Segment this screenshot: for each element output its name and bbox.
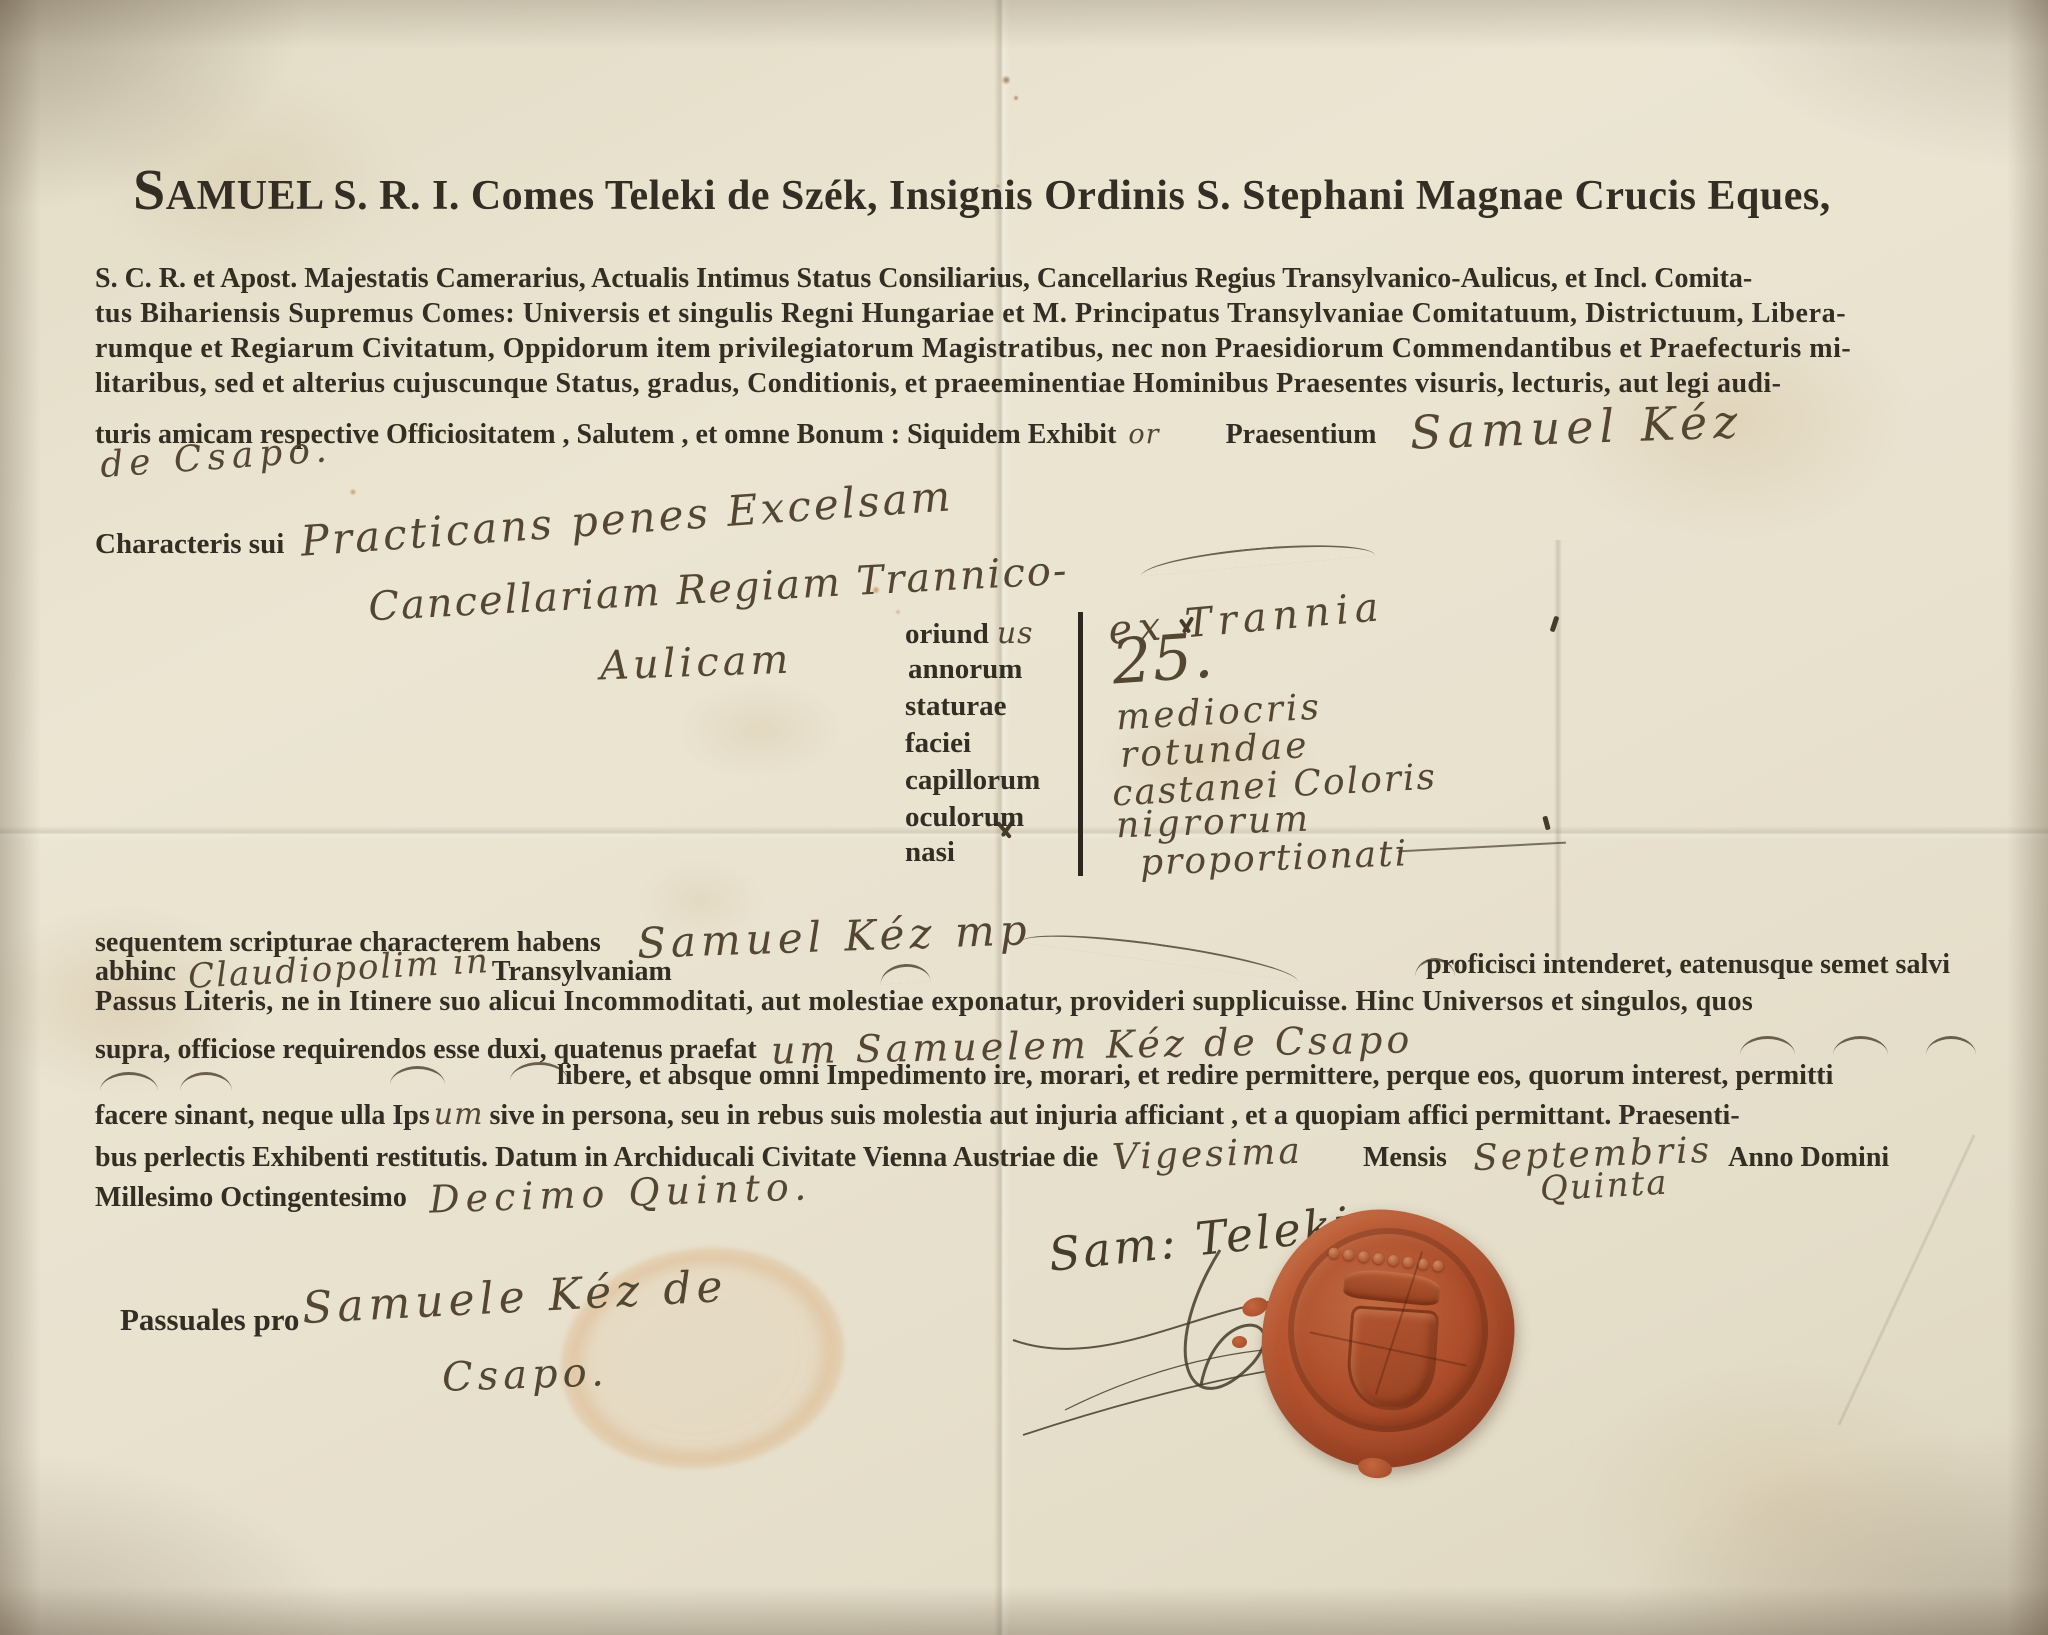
pen-flourish [1740,1036,1795,1055]
exhibitor-line: turis amicam respective Officiositatem ,… [95,400,1744,454]
desc-label-capillorum: capillorum [905,764,1040,797]
body-line-5: libere, et absque omni Impedimento ire, … [557,1060,1833,1092]
body-line-6-print-2: sive in persona, seu in rebus suis moles… [490,1100,1740,1132]
body-line-3: Passus Literis, ne in Itinere suo alicui… [95,986,1753,1018]
seal-impression [1288,1228,1488,1432]
footer-hw-origin: Csapo. [441,1349,609,1401]
title-rest: S. R. I. Comes Teleki de Szék, Insignis … [322,173,1830,219]
body-line-7-print-1: bus perlectis Exhibenti restitutis. Datu… [95,1142,1098,1174]
character-hw-line-1: Practicans penes Excelsam [299,471,955,565]
seal-crown-band [1343,1267,1442,1307]
body-line-2-right: proficisci intenderet, eatenusque semet … [1426,949,1950,981]
desc-label-annorum: annorum [908,653,1022,686]
seal-crown-pearls [1328,1247,1444,1272]
body-line-7-print-2: Mensis [1363,1142,1447,1174]
desc-value-nose: proportionati [1139,833,1408,883]
body-line-1-hw-name: Samuel Kéz mp [636,905,1032,968]
pen-flourish [1020,925,1300,982]
exhibitor-hw-name: Samuel Kéz [1410,394,1745,460]
body-line-7-hw-day: Vigesima [1111,1131,1303,1179]
footer-label: Passuales pro [120,1302,299,1338]
pen-flourish [390,1066,445,1085]
body-line-2-print-1: abhinc [95,956,176,988]
body-line-7-print-3: Anno Domini [1728,1142,1889,1174]
desc-label-oriundus: oriund us [905,616,1034,651]
pen-flourish [1833,1036,1888,1055]
body-line-6-hw: um [434,1097,484,1132]
desc-label-text: oriund [905,618,989,651]
wax-droplet [1232,1336,1247,1348]
body-line-8-print: Millesimo Octingentesimo [95,1182,407,1214]
character-label: Characteris sui [95,528,284,561]
desc-label-hw-suffix: us [997,616,1034,651]
pen-flourish [180,1072,232,1091]
preamble-line-3: rumque et Regiarum Civitatum, Oppidorum … [95,333,1851,365]
exhibitor-print-2: Praesentium [1226,419,1377,451]
pen-dash [1398,842,1566,853]
preamble-line-4: litaribus, sed et alterius cujuscunque S… [95,368,1781,400]
character-hw-line-3: Aulicam [599,637,793,690]
body-line-8: Millesimo Octingentesimo Decimo Quinto. [95,1171,812,1215]
body-line-6-print-1: facere sinant, neque ulla Ips [95,1100,430,1132]
title-caps: AMUEL [166,173,323,219]
pen-flourish [1926,1036,1976,1055]
tear-mark [1550,616,1560,633]
body-line-6: facere sinant, neque ulla Ips um sive in… [95,1097,1740,1132]
tear-mark [1542,816,1550,831]
desc-label-staturae: staturae [905,690,1006,723]
pen-flourish [1140,538,1376,576]
desc-label-faciei: faciei [905,727,971,760]
preamble-line-2: tus Bihariensis Supremus Comes: Universi… [95,298,1846,330]
footer-hw-name: Samuele Kéz de [301,1261,729,1334]
passport-document: SAMUEL S. R. I. Comes Teleki de Szék, In… [0,0,2048,1635]
body-line-8-hw-year: Decimo Quinto. [428,1164,813,1221]
right-crease-line [1554,540,1562,960]
seal-shield [1345,1305,1440,1413]
exhibitor-hw-or: or [1128,419,1159,450]
desc-value-age: 25. [1110,619,1216,699]
pen-flourish [879,962,930,984]
desc-label-nasi: nasi [905,836,955,869]
red-wax-seal [1262,1210,1514,1468]
body-line-2-print-2: Transylvaniam [492,956,672,988]
corner-crease-line [1838,1134,1976,1425]
preamble-line-1: S. C. R. et Apost. Majestatis Camerarius… [95,263,1752,295]
title-drop-initial: S [133,157,166,222]
description-divider-rule [1078,612,1083,876]
document-title: SAMUEL S. R. I. Comes Teleki de Szék, In… [133,156,1831,223]
desc-label-oculorum: oculorum [905,801,1024,834]
body-line-2: abhinc Claudiopolim in Transylvaniam [95,949,672,989]
body-line-7-hw-day-2: Quinta [1539,1163,1669,1210]
pen-flourish [100,1072,158,1091]
